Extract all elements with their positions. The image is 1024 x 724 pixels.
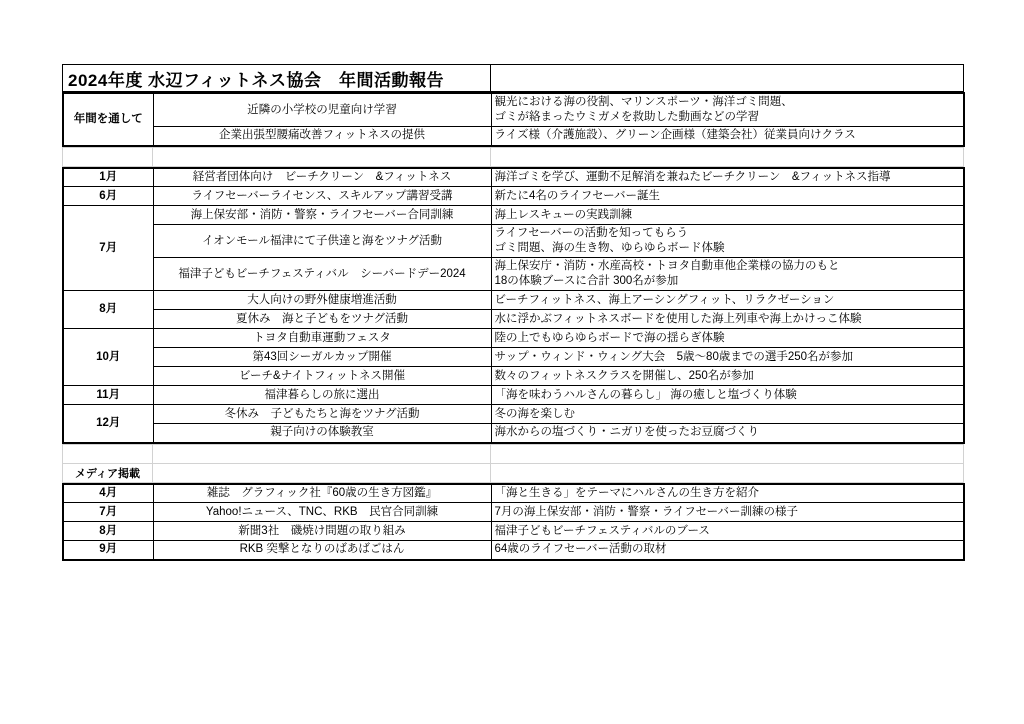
description-cell: 「海と生きる」をテーマにハルさんの生き方を紹介	[491, 484, 964, 503]
month-cell: 年間を通して	[63, 93, 153, 146]
title-empty-cell	[491, 65, 964, 92]
description-cell: 新たに4名のライフセーバー誕生	[491, 187, 964, 206]
table-row: イオンモール福津にて子供達と海をツナグ活動ライフセーバーの活動を知ってもらう ゴ…	[63, 225, 964, 258]
description-cell: 福津子どもビーチフェスティバルのブース	[491, 522, 964, 541]
activity-cell: 福津暮らしの旅に選出	[153, 386, 491, 405]
description-cell: 観光における海の役割、マリンスポーツ・海洋ゴミ問題、 ゴミが絡まったウミガメを救…	[491, 93, 964, 127]
table-row: 7月海上保安部・消防・警察・ライフセーバー合同訓練海上レスキューの実践訓練	[63, 206, 964, 225]
activity-cell: 新聞3社 磯焼け問題の取り組み	[153, 522, 491, 541]
description-cell: 数々のフィットネスクラスを開催し、250名が参加	[491, 367, 964, 386]
month-cell: 8月	[63, 291, 153, 329]
table-row: 7月Yahoo!ニュース、TNC、RKB 民官合同訓練7月の海上保安部・消防・警…	[63, 503, 964, 522]
page-title: 2024年度 水辺フィットネス協会 年間活動報告	[63, 65, 491, 92]
activity-cell: イオンモール福津にて子供達と海をツナグ活動	[153, 225, 491, 258]
annual-table: 年間を通して近隣の小学校の児童向け学習観光における海の役割、マリンスポーツ・海洋…	[62, 92, 965, 147]
table-row: 6月ライフセーバーライセンス、スキルアップ講習受講新たに4名のライフセーバー誕生	[63, 187, 964, 206]
description-cell: 海上保安庁・消防・水産高校・トヨタ自動車他企業様の協力のもと 18の体験ブースに…	[491, 258, 964, 291]
description-cell: 7月の海上保安部・消防・警察・ライフセーバー訓練の様子	[491, 503, 964, 522]
description-cell: ライズ様（介護施設）、グリーン企画様（建築会社）従業員向けクラス	[491, 127, 964, 146]
description-cell: 64歳のライフセーバー活動の取材	[491, 541, 964, 560]
month-cell: 12月	[63, 405, 153, 443]
table-row: 親子向けの体験教室海水からの塩づくり・ニガリを使ったお豆腐づくり	[63, 424, 964, 443]
spacer-row	[63, 444, 964, 463]
description-cell: 海水からの塩づくり・ニガリを使ったお豆腐づくり	[491, 424, 964, 443]
report-sheet: 2024年度 水辺フィットネス協会 年間活動報告 年間を通して近隣の小学校の児童…	[62, 64, 963, 561]
month-cell: 7月	[63, 503, 153, 522]
spacer-row	[63, 147, 964, 166]
activity-cell: Yahoo!ニュース、TNC、RKB 民官合同訓練	[153, 503, 491, 522]
table-row: 夏休み 海と子どもをツナグ活動水に浮かぶフィットネスボードを使用した海上列車や海…	[63, 310, 964, 329]
activity-cell: 大人向けの野外健康増進活動	[153, 291, 491, 310]
title-row: 2024年度 水辺フィットネス協会 年間活動報告	[63, 65, 964, 92]
activity-cell: 雑誌 グラフィック社『60歳の生き方図鑑』	[153, 484, 491, 503]
media-table: 4月雑誌 グラフィック社『60歳の生き方図鑑』「海と生きる」をテーマにハルさんの…	[62, 483, 965, 561]
spacer-grid-2: メディア掲載	[62, 444, 964, 483]
description-cell: 海洋ゴミを学び、運動不足解消を兼ねたビーチクリーン &フィットネス指導	[491, 168, 964, 187]
month-cell: 6月	[63, 187, 153, 206]
table-row: 11月福津暮らしの旅に選出「海を味わうハルさんの暮らし」 海の癒しと塩づくり体験	[63, 386, 964, 405]
table-row: 第43回シーガルカップ開催サップ・ウィンド・ウィング大会 5歳～80歳までの選手…	[63, 348, 964, 367]
activity-cell: ビーチ&ナイトフィットネス開催	[153, 367, 491, 386]
activity-cell: 冬休み 子どもたちと海をツナグ活動	[153, 405, 491, 424]
description-cell: 水に浮かぶフィットネスボードを使用した海上列車や海上かけっこ体験	[491, 310, 964, 329]
table-row: 4月雑誌 グラフィック社『60歳の生き方図鑑』「海と生きる」をテーマにハルさんの…	[63, 484, 964, 503]
activity-cell: 福津子どもビーチフェスティバル シーバードデー2024	[153, 258, 491, 291]
media-label-row: メディア掲載	[63, 463, 964, 482]
description-cell: サップ・ウィンド・ウィング大会 5歳～80歳までの選手250名が参加	[491, 348, 964, 367]
month-cell: 10月	[63, 329, 153, 386]
description-cell: ライフセーバーの活動を知ってもらう ゴミ問題、海の生き物、ゆらゆらボード体験	[491, 225, 964, 258]
table-row: 8月新聞3社 磯焼け問題の取り組み福津子どもビーチフェスティバルのブース	[63, 522, 964, 541]
month-cell: 11月	[63, 386, 153, 405]
description-cell: 冬の海を楽しむ	[491, 405, 964, 424]
description-cell: 陸の上でもゆらゆらボードで海の揺らぎ体験	[491, 329, 964, 348]
month-cell: 8月	[63, 522, 153, 541]
table-row: 福津子どもビーチフェスティバル シーバードデー2024海上保安庁・消防・水産高校…	[63, 258, 964, 291]
month-cell: 1月	[63, 168, 153, 187]
activity-cell: 海上保安部・消防・警察・ライフセーバー合同訓練	[153, 206, 491, 225]
table-row: 1月経営者団体向け ビーチクリーン &フィットネス海洋ゴミを学び、運動不足解消を…	[63, 168, 964, 187]
month-cell: 7月	[63, 206, 153, 291]
table-row: 企業出張型腰痛改善フィットネスの提供ライズ様（介護施設）、グリーン企画様（建築会…	[63, 127, 964, 146]
activity-cell: 夏休み 海と子どもをツナグ活動	[153, 310, 491, 329]
table-row: 10月トヨタ自動車運動フェスタ陸の上でもゆらゆらボードで海の揺らぎ体験	[63, 329, 964, 348]
month-cell: 9月	[63, 541, 153, 560]
activity-cell: RKB 突撃となりのばあばごはん	[153, 541, 491, 560]
description-cell: 海上レスキューの実践訓練	[491, 206, 964, 225]
activity-cell: 近隣の小学校の児童向け学習	[153, 93, 491, 127]
table-row: 9月RKB 突撃となりのばあばごはん64歳のライフセーバー活動の取材	[63, 541, 964, 560]
spacer-grid-1	[62, 147, 964, 167]
title-bar: 2024年度 水辺フィットネス協会 年間活動報告	[62, 64, 964, 92]
table-row: 12月冬休み 子どもたちと海をツナグ活動冬の海を楽しむ	[63, 405, 964, 424]
activity-cell: 経営者団体向け ビーチクリーン &フィットネス	[153, 168, 491, 187]
activity-cell: ライフセーバーライセンス、スキルアップ講習受講	[153, 187, 491, 206]
activity-cell: 第43回シーガルカップ開催	[153, 348, 491, 367]
table-row: ビーチ&ナイトフィットネス開催数々のフィットネスクラスを開催し、250名が参加	[63, 367, 964, 386]
activity-cell: 親子向けの体験教室	[153, 424, 491, 443]
monthly-table: 1月経営者団体向け ビーチクリーン &フィットネス海洋ゴミを学び、運動不足解消を…	[62, 167, 965, 444]
month-cell: 4月	[63, 484, 153, 503]
table-row: 年間を通して近隣の小学校の児童向け学習観光における海の役割、マリンスポーツ・海洋…	[63, 93, 964, 127]
media-section-label: メディア掲載	[63, 463, 153, 482]
table-row: 8月大人向けの野外健康増進活動ビーチフィットネス、海上アーシングフィット、リラク…	[63, 291, 964, 310]
description-cell: ビーチフィットネス、海上アーシングフィット、リラクゼーション	[491, 291, 964, 310]
activity-cell: 企業出張型腰痛改善フィットネスの提供	[153, 127, 491, 146]
description-cell: 「海を味わうハルさんの暮らし」 海の癒しと塩づくり体験	[491, 386, 964, 405]
activity-cell: トヨタ自動車運動フェスタ	[153, 329, 491, 348]
